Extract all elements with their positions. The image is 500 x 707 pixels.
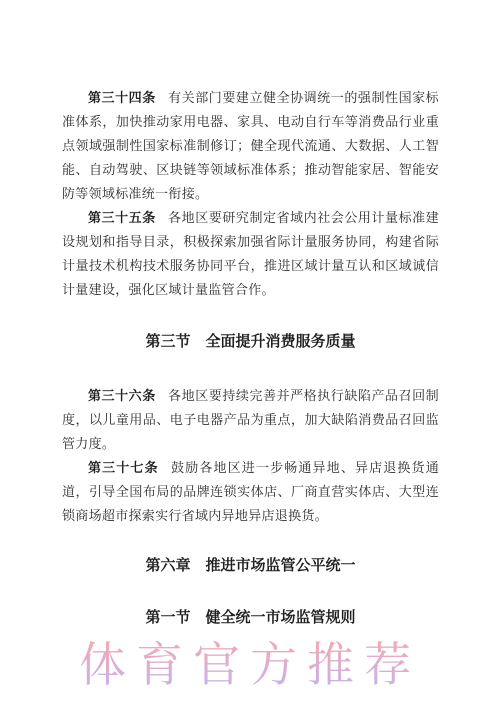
section-3-heading: 第三节 全面提升消费服务质量 <box>62 330 439 354</box>
article-37-paragraph: 第三十七条鼓励各地区进一步畅通异地、异店退换货通道，引导全国布局的品牌连锁实体店… <box>62 456 439 528</box>
article-36-paragraph: 第三十六条各地区要持续完善并严格执行缺陷产品召回制度，以儿童用品、电子电器产品为… <box>62 384 439 456</box>
section-1-heading: 第一节 健全统一市场监管规则 <box>62 606 439 630</box>
document-body: 第三十四条有关部门要建立健全协调统一的强制性国家标准体系，加快推动家用电器、家具… <box>0 0 500 630</box>
article-36-number: 第三十六条 <box>88 388 156 403</box>
article-37-number: 第三十七条 <box>88 460 159 475</box>
chapter-6-heading: 第六章 推进市场监管公平统一 <box>62 554 439 578</box>
article-34-text: 有关部门要建立健全协调统一的强制性国家标准体系，加快推动家用电器、家具、电动自行… <box>62 90 439 201</box>
article-35-paragraph: 第三十五条各地区要研究制定省域内社会公用计量标准建设规划和指导目录，积极探索加强… <box>62 206 439 302</box>
document-page: 第三十四条有关部门要建立健全协调统一的强制性国家标准体系，加快推动家用电器、家具… <box>0 0 500 707</box>
article-34-number: 第三十四条 <box>88 90 156 105</box>
article-34-paragraph: 第三十四条有关部门要建立健全协调统一的强制性国家标准体系，加快推动家用电器、家具… <box>62 86 439 206</box>
article-35-number: 第三十五条 <box>88 210 156 225</box>
watermark-text: 体育官方推荐 <box>0 638 500 694</box>
